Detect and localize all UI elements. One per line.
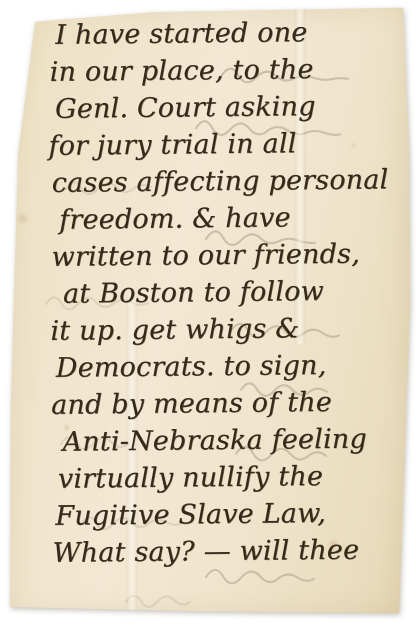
handwriting-line: What say? — will thee xyxy=(53,534,413,575)
handwriting-line: I have started one xyxy=(47,16,407,57)
handwriting-line: for jury trial in all xyxy=(48,127,408,168)
handwriting-line: and by means of the xyxy=(51,386,411,427)
handwriting-line: cases affecting personal xyxy=(49,164,409,205)
handwriting-line: freedom. & have xyxy=(49,201,409,242)
handwriting-line: virtually nullify the xyxy=(52,460,412,501)
handwriting-line: written to our friends, xyxy=(49,238,409,279)
handwriting-line: in our place, to the xyxy=(47,53,407,94)
paper-shadow-wrapper: I have started one in our place, to the … xyxy=(0,0,416,626)
handwriting-line: at Boston to follow xyxy=(50,275,410,316)
handwritten-text-block: I have started one in our place, to the … xyxy=(47,16,413,575)
handwriting-line: Genl. Court asking xyxy=(48,90,408,131)
handwriting-line: Anti-Nebraska feeling xyxy=(51,423,411,464)
handwriting-line: it up. get whigs & xyxy=(50,312,410,353)
handwriting-line: Fugitive Slave Law, xyxy=(52,497,412,538)
letter-page: I have started one in our place, to the … xyxy=(6,4,410,618)
handwriting-line: Democrats. to sign, xyxy=(51,349,411,390)
scanned-letter-photo: I have started one in our place, to the … xyxy=(0,0,416,626)
